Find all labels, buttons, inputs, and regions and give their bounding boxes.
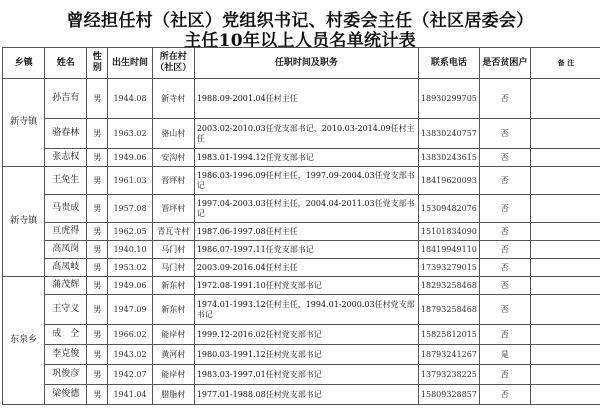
name-cell: 高凤岗 <box>45 241 87 259</box>
name-cell: 亘虎得 <box>45 223 87 241</box>
name-cell: 王免生 <box>45 167 87 195</box>
poor-cell: 否 <box>479 79 530 119</box>
header-note: 备 注 <box>530 48 600 79</box>
table-row: 王守义 男 1947.09 新东村 1974.01-1993.12任村主任，19… <box>3 295 600 325</box>
village-cell: 黄河村 <box>152 345 194 365</box>
table-row: 马贵成 男 1957.08 晋坪村 1997.04-2003.03任村主任，20… <box>3 195 600 223</box>
gender-cell: 男 <box>87 345 108 365</box>
table-row: 张志权 男 1949.06 安沟村 1983.01-1994.12任党支部书记 … <box>3 149 600 167</box>
gender-cell: 男 <box>87 241 108 259</box>
duty-cell: 1972.08-1991.10任村党支部书记 <box>194 277 418 295</box>
poor-cell: 否 <box>479 223 530 241</box>
village-cell: 新东村 <box>152 295 194 325</box>
name-cell: 孙吉有 <box>45 79 87 119</box>
village-cell: 能岸村 <box>152 365 194 385</box>
poor-cell: 否 <box>479 195 530 223</box>
poor-cell: 否 <box>479 241 530 259</box>
duty-cell: 2003.02-2010.03任党支部书记，2010.03-2014.09任村主… <box>194 119 418 149</box>
duty-cell: 2003.09-2016.04任村主任 <box>194 259 418 277</box>
gender-cell: 男 <box>87 277 108 295</box>
phone-cell: 15825812015 <box>418 325 479 345</box>
note-cell <box>530 259 600 277</box>
village-cell: 马门村 <box>152 241 194 259</box>
table-row: 亘虎得 男 1962.05 青瓦寺村 1987.06-1997.08任村主任 1… <box>3 223 600 241</box>
name-cell: 马贵成 <box>45 195 87 223</box>
village-cell: 晋坪村 <box>152 195 194 223</box>
table-row: 骆春林 男 1963.02 骆山村 2003.02-2010.03任党支部书记，… <box>3 119 600 149</box>
village-cell: 晋坪村 <box>152 167 194 195</box>
header-birth: 出生时间 <box>108 48 152 79</box>
table-row: 高凤岗 男 1940.10 马门村 1986.07-1997.11任党支部书记 … <box>3 241 600 259</box>
table-row: 高凤岐 男 1953.02 马门村 2003.09-2016.04任村主任 17… <box>3 259 600 277</box>
village-cell: 安沟村 <box>152 149 194 167</box>
birth-cell: 1947.09 <box>108 295 152 325</box>
birth-cell: 1961.03 <box>108 167 152 195</box>
birth-cell: 1963.02 <box>108 119 152 149</box>
poor-cell: 是 <box>479 345 530 365</box>
birth-cell: 1944.08 <box>108 79 152 119</box>
phone-cell: 17393279015 <box>418 259 479 277</box>
gender-cell: 男 <box>87 149 108 167</box>
table-row: 巩俊彦 男 1942.07 能岸村 1983.03-1997.01任村党支部书记… <box>3 365 600 385</box>
phone-cell: 15309482076 <box>418 195 479 223</box>
poor-cell: 否 <box>479 277 530 295</box>
phone-cell: 13830243615 <box>418 149 479 167</box>
poor-cell: 否 <box>479 119 530 149</box>
gender-cell: 男 <box>87 119 108 149</box>
note-cell <box>530 149 600 167</box>
note-cell <box>530 345 600 365</box>
village-cell: 新寺村 <box>152 79 194 119</box>
phone-cell: 13793238225 <box>418 365 479 385</box>
header-gender: 性别 <box>87 48 108 79</box>
phone-cell: 15101834090 <box>418 223 479 241</box>
note-cell <box>530 241 600 259</box>
poor-cell: 否 <box>479 325 530 345</box>
birth-cell: 1941.04 <box>108 385 152 405</box>
table-row: 东泉乡 蒲茂辉 男 1949.06 新东村 1972.08-1991.10任村党… <box>3 277 600 295</box>
village-cell: 新东村 <box>152 277 194 295</box>
name-cell: 李克俊 <box>45 345 87 365</box>
name-cell: 高凤岐 <box>45 259 87 277</box>
gender-cell: 男 <box>87 365 108 385</box>
phone-cell: 18793258468 <box>418 295 479 325</box>
note-cell <box>530 119 600 149</box>
note-cell <box>530 167 600 195</box>
duty-cell: 1999.12-2016.02任村党支部书记 <box>194 325 418 345</box>
note-cell <box>530 385 600 405</box>
name-cell: 巩俊彦 <box>45 365 87 385</box>
header-duty: 任职时间及职务 <box>194 48 418 79</box>
poor-cell: 否 <box>479 385 530 405</box>
table-row: 梁俊德 男 1941.04 腊脂村 1977.01-1988.08任村党支部书记… <box>3 385 600 405</box>
poor-cell: 否 <box>479 149 530 167</box>
village-cell: 腊脂村 <box>152 385 194 405</box>
duty-cell: 1987.06-1997.08任村主任 <box>194 223 418 241</box>
village-cell: 马门村 <box>152 259 194 277</box>
gender-cell: 男 <box>87 79 108 119</box>
birth-cell: 1949.06 <box>108 277 152 295</box>
header-village: 所在村（社区） <box>152 48 194 79</box>
note-cell <box>530 223 600 241</box>
note-cell <box>530 195 600 223</box>
town-cell: 新寺镇 <box>3 167 45 277</box>
header-name: 姓名 <box>45 48 87 79</box>
name-cell: 蒲茂辉 <box>45 277 87 295</box>
birth-cell: 1957.08 <box>108 195 152 223</box>
header-poor: 是否贫困户 <box>479 48 530 79</box>
phone-cell: 18793241267 <box>418 345 479 365</box>
name-cell: 骆春林 <box>45 119 87 149</box>
duty-cell: 1986.03-1996.09任村主任，1997.09-2004.03任党支部书… <box>194 167 418 195</box>
duty-cell: 1974.01-1993.12任村主任，1994.01-2000.03任村党支部… <box>194 295 418 325</box>
town-cell: 新寺镇 <box>3 79 45 167</box>
phone-cell: 13830240757 <box>418 119 479 149</box>
duty-cell: 1988.09-2001.04任村主任 <box>194 79 418 119</box>
personnel-table: 乡镇 姓名 性别 出生时间 所在村（社区） 任职时间及职务 联系电话 是否贫困户… <box>2 47 600 405</box>
gender-cell: 男 <box>87 385 108 405</box>
birth-cell: 1940.10 <box>108 241 152 259</box>
duty-cell: 1980.03-1991.12任村党支部书记 <box>194 345 418 365</box>
table-row: 成 仝 男 1966.02 能岸村 1999.12-2016.02任村党支部书记… <box>3 325 600 345</box>
note-cell <box>530 295 600 325</box>
poor-cell: 否 <box>479 259 530 277</box>
gender-cell: 男 <box>87 195 108 223</box>
table-row: 新寺镇 孙吉有 男 1944.08 新寺村 1988.09-2001.04任村主… <box>3 79 600 119</box>
duty-cell: 1983.01-1994.12任党支部书记 <box>194 149 418 167</box>
duty-cell: 1997.04-2003.03任村主任，2004.04-2011.03任党支部书… <box>194 195 418 223</box>
duty-cell: 1983.03-1997.01任村党支部书记 <box>194 365 418 385</box>
phone-cell: 18293258468 <box>418 277 479 295</box>
birth-cell: 1949.06 <box>108 149 152 167</box>
gender-cell: 男 <box>87 295 108 325</box>
phone-cell: 15809328857 <box>418 385 479 405</box>
birth-cell: 1953.02 <box>108 259 152 277</box>
header-town: 乡镇 <box>3 48 45 79</box>
phone-cell: 18930299705 <box>418 79 479 119</box>
duty-cell: 1986.07-1997.11任党支部书记 <box>194 241 418 259</box>
birth-cell: 1943.02 <box>108 345 152 365</box>
poor-cell: 否 <box>479 167 530 195</box>
gender-cell: 男 <box>87 167 108 195</box>
village-cell: 能岸村 <box>152 325 194 345</box>
header-row: 乡镇 姓名 性别 出生时间 所在村（社区） 任职时间及职务 联系电话 是否贫困户… <box>3 48 600 79</box>
gender-cell: 男 <box>87 325 108 345</box>
name-cell: 梁俊德 <box>45 385 87 405</box>
note-cell <box>530 325 600 345</box>
town-cell: 东泉乡 <box>3 277 45 405</box>
village-cell: 青瓦寺村 <box>152 223 194 241</box>
table-row: 李克俊 男 1943.02 黄河村 1980.03-1991.12任村党支部书记… <box>3 345 600 365</box>
note-cell <box>530 79 600 119</box>
poor-cell: 否 <box>479 365 530 385</box>
gender-cell: 男 <box>87 223 108 241</box>
poor-cell: 否 <box>479 295 530 325</box>
name-cell: 王守义 <box>45 295 87 325</box>
gender-cell: 男 <box>87 259 108 277</box>
name-cell: 成 仝 <box>45 325 87 345</box>
header-phone: 联系电话 <box>418 48 479 79</box>
phone-cell: 18419949110 <box>418 241 479 259</box>
note-cell <box>530 277 600 295</box>
birth-cell: 1962.05 <box>108 223 152 241</box>
birth-cell: 1966.02 <box>108 325 152 345</box>
birth-cell: 1942.07 <box>108 365 152 385</box>
phone-cell: 18419620093 <box>418 167 479 195</box>
name-cell: 张志权 <box>45 149 87 167</box>
village-cell: 骆山村 <box>152 119 194 149</box>
duty-cell: 1977.01-1988.08任村党支部书记 <box>194 385 418 405</box>
note-cell <box>530 365 600 385</box>
table-row: 新寺镇 王免生 男 1961.03 晋坪村 1986.03-1996.09任村主… <box>3 167 600 195</box>
